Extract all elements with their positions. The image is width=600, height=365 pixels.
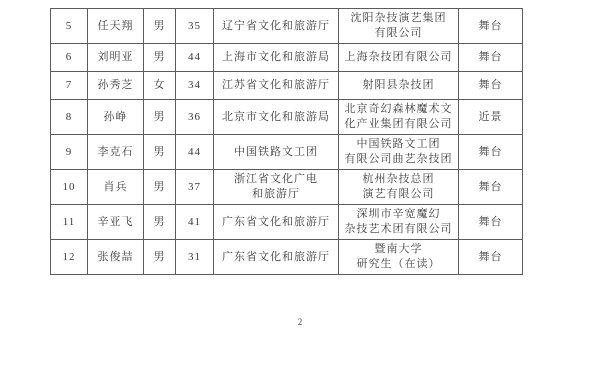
cell-gender: 男	[144, 9, 176, 44]
cell-name: 孙秀芝	[88, 72, 144, 100]
cell-gender: 男	[144, 44, 176, 72]
cell-name: 李克石	[88, 135, 144, 170]
cell-name: 孙峥	[88, 100, 144, 135]
cell-age: 31	[176, 240, 214, 275]
cell-name: 辛亚飞	[88, 205, 144, 240]
table-row: 10 肖兵 男 37 浙江省文化广电 和旅游厅 杭州杂技总团 演艺有限公司 舞台	[51, 170, 523, 205]
table-row: 9 李克石 男 44 中国铁路文工团 中国铁路文工团 有限公司曲艺杂技团 舞台	[51, 135, 523, 170]
cell-row-number: 8	[51, 100, 88, 135]
document-page: 5 任天翔 男 35 辽宁省文化和旅游厅 沈阳杂技演艺集团 有限公司 舞台 6 …	[0, 0, 600, 365]
page-number: 2	[0, 317, 600, 327]
cell-submitting-organization: 中国铁路文工团	[214, 135, 339, 170]
cell-category: 舞台	[459, 170, 523, 205]
cell-row-number: 7	[51, 72, 88, 100]
cell-gender: 男	[144, 135, 176, 170]
cell-name: 刘明亚	[88, 44, 144, 72]
cell-name: 肖兵	[88, 170, 144, 205]
cell-age: 44	[176, 135, 214, 170]
cell-submitting-organization: 北京市文化和旅游局	[214, 100, 339, 135]
table-row: 12 张俊喆 男 31 广东省文化和旅游厅 暨南大学 研究生（在读） 舞台	[51, 240, 523, 275]
cell-submitting-organization: 江苏省文化和旅游厅	[214, 72, 339, 100]
roster-table-body: 5 任天翔 男 35 辽宁省文化和旅游厅 沈阳杂技演艺集团 有限公司 舞台 6 …	[51, 9, 523, 275]
cell-row-number: 9	[51, 135, 88, 170]
cell-submitting-organization: 广东省文化和旅游厅	[214, 240, 339, 275]
cell-work-unit: 上海杂技团有限公司	[339, 44, 459, 72]
cell-work-unit: 北京奇幻森林魔术文 化产业集团有限公司	[339, 100, 459, 135]
roster-table: 5 任天翔 男 35 辽宁省文化和旅游厅 沈阳杂技演艺集团 有限公司 舞台 6 …	[50, 8, 523, 275]
cell-gender: 男	[144, 170, 176, 205]
cell-work-unit: 中国铁路文工团 有限公司曲艺杂技团	[339, 135, 459, 170]
table-row: 8 孙峥 男 36 北京市文化和旅游局 北京奇幻森林魔术文 化产业集团有限公司 …	[51, 100, 523, 135]
cell-gender: 男	[144, 240, 176, 275]
cell-row-number: 5	[51, 9, 88, 44]
table-row: 5 任天翔 男 35 辽宁省文化和旅游厅 沈阳杂技演艺集团 有限公司 舞台	[51, 9, 523, 44]
cell-work-unit: 沈阳杂技演艺集团 有限公司	[339, 9, 459, 44]
cell-category: 舞台	[459, 135, 523, 170]
cell-category: 舞台	[459, 205, 523, 240]
cell-submitting-organization: 广东省文化和旅游厅	[214, 205, 339, 240]
cell-category: 近景	[459, 100, 523, 135]
cell-age: 35	[176, 9, 214, 44]
cell-submitting-organization: 上海市文化和旅游局	[214, 44, 339, 72]
cell-category: 舞台	[459, 240, 523, 275]
cell-submitting-organization: 浙江省文化广电 和旅游厅	[214, 170, 339, 205]
cell-work-unit: 深圳市辛宽魔幻 杂技艺术团有限公司	[339, 205, 459, 240]
cell-name: 任天翔	[88, 9, 144, 44]
cell-work-unit: 暨南大学 研究生（在读）	[339, 240, 459, 275]
cell-gender: 男	[144, 205, 176, 240]
table-row: 11 辛亚飞 男 41 广东省文化和旅游厅 深圳市辛宽魔幻 杂技艺术团有限公司 …	[51, 205, 523, 240]
cell-gender: 男	[144, 100, 176, 135]
cell-age: 36	[176, 100, 214, 135]
cell-work-unit: 射阳县杂技团	[339, 72, 459, 100]
cell-submitting-organization: 辽宁省文化和旅游厅	[214, 9, 339, 44]
cell-age: 34	[176, 72, 214, 100]
cell-row-number: 11	[51, 205, 88, 240]
cell-category: 舞台	[459, 44, 523, 72]
cell-row-number: 10	[51, 170, 88, 205]
cell-category: 舞台	[459, 9, 523, 44]
cell-age: 41	[176, 205, 214, 240]
cell-work-unit: 杭州杂技总团 演艺有限公司	[339, 170, 459, 205]
table-row: 6 刘明亚 男 44 上海市文化和旅游局 上海杂技团有限公司 舞台	[51, 44, 523, 72]
table-row: 7 孙秀芝 女 34 江苏省文化和旅游厅 射阳县杂技团 舞台	[51, 72, 523, 100]
cell-gender: 女	[144, 72, 176, 100]
cell-category: 舞台	[459, 72, 523, 100]
cell-age: 37	[176, 170, 214, 205]
cell-row-number: 12	[51, 240, 88, 275]
cell-age: 44	[176, 44, 214, 72]
cell-name: 张俊喆	[88, 240, 144, 275]
cell-row-number: 6	[51, 44, 88, 72]
